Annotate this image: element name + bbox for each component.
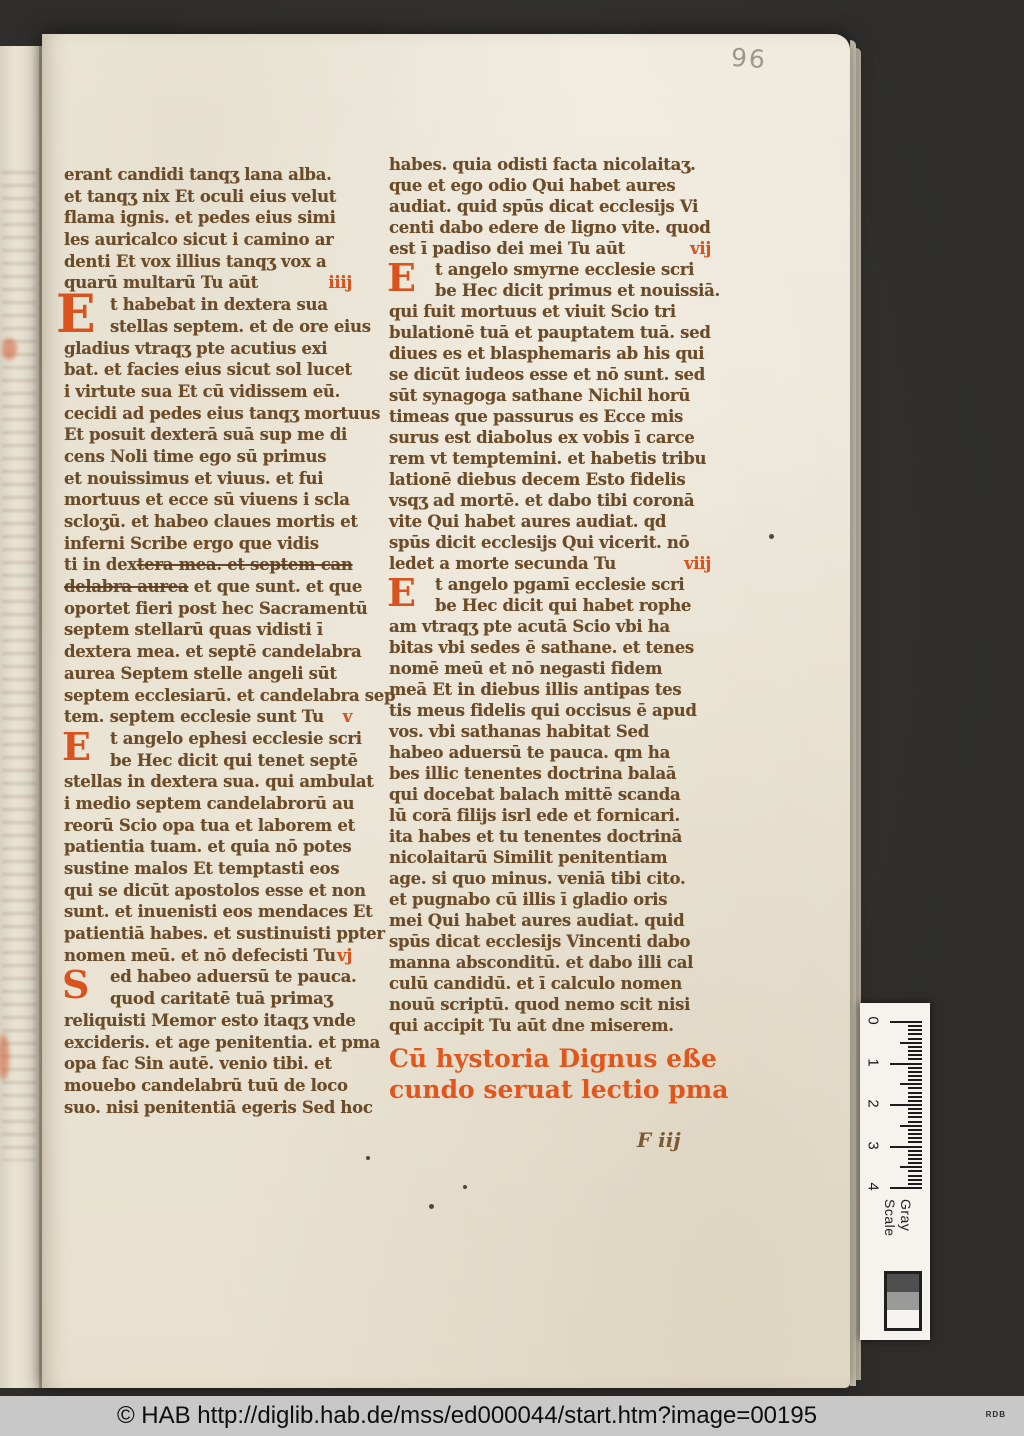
manuscript-line: quarū multarū Tu aūtiiij [64,275,356,297]
manuscript-line: mouebo candelabrū tuū de loco [64,1078,356,1100]
manuscript-line: les auricalco sicut i camino ar [64,232,356,254]
line-text: cens Noli time ego sū primus [64,447,326,466]
line-text: septem ecclesiarū. et candelabra sep [64,686,395,705]
manuscript-line: centi dabo edere de ligno vite. quod [389,220,715,241]
manuscript-line: bitas vbi sedes ē sathane. et tenes [389,640,715,661]
line-text: ita habes et tu tenentes doctrinā [389,827,682,846]
manuscript-line: am vtraqʒ pte acutā Scio vbi ha [389,619,715,640]
ruler-label: Gray Scale [882,1199,914,1271]
line-text: septem stellarū quas vidisti ī [64,620,323,639]
line-text: reliquisti Memor esto itaqʒ vnde [64,1011,356,1030]
line-text: nomen meū. et nō defecisti Tu [64,948,336,970]
copyright-text: © HAB http://diglib.hab.de/mss/ed000044/… [117,1402,817,1430]
line-text: reorū Scio opa tua et laborem et [64,816,355,835]
ruler-tick [908,1121,922,1123]
manuscript-line: be Hec dicit primus et nouissiā. [389,283,715,304]
line-text: Et posuit dexterā suā sup me di [64,425,347,444]
line-text: t angelo smyrne ecclesie scri [435,260,694,279]
ruler-tick [908,1183,922,1185]
manuscript-line: ledet a morte secunda Tuviij [389,556,715,577]
ruler-tick [900,1166,922,1168]
line-text: spūs dicat ecclesijs Vincenti dabo [389,932,690,951]
manuscript-line: bes illic tenentes doctrina balaā [389,766,715,787]
red-section-numeral: vj [337,948,352,970]
gray-scale-patches [884,1271,922,1331]
manuscript-line: qui se dicūt apostolos esse et non [64,883,356,905]
red-section-numeral: iiij [328,275,352,297]
ruler-tick [908,1033,922,1035]
manuscript-line: Et posuit dexterā suā sup me di [64,427,356,449]
manuscript-line: culū candidū. et ī calculo nomen [389,976,715,997]
ruler-tick [908,1100,922,1102]
footer-bar: © HAB http://diglib.hab.de/mss/ed000044/… [0,1396,1024,1436]
ruler-tick-label: 4 [865,1179,882,1195]
ruler-tick [908,1154,922,1156]
manuscript-line: vite Qui habet aures audiat. qd [389,514,715,535]
line-text: ti in dex [64,555,137,574]
line-text: i virtute sua Et cū vidissem eū. [64,382,340,401]
rubric-line: cundo seruat lectio pma [389,1077,715,1108]
ruler-tick [900,1042,922,1044]
line-text: suo. nisi penitentiā egeris Sed hoc [64,1098,373,1117]
line-text: sūt synagoga sathane Nichil horū [389,386,690,405]
manuscript-line: nomē meū et nō negasti fidem [389,661,715,682]
manuscript-line: et nouissimus et viuus. et fui [64,471,356,493]
line-text: les auricalco sicut i camino ar [64,230,334,249]
line-text: tis meus fidelis qui occisus ē apud [389,701,697,720]
ruler-tick [908,1079,922,1081]
manuscript-line: Et angelo pgamī ecclesie scri [389,577,715,598]
ruler-tick [908,1129,922,1131]
line-text: se dicūt iudeos esse et nō sunt. sed [389,365,705,384]
ruler-tick [908,1141,922,1143]
struck-text: delabra aurea [64,577,188,596]
manuscript-line: septem stellarū quas vidisti ī [64,622,356,644]
line-text: scloʒū. et habeo claues mortis et [64,512,358,531]
manuscript-line: septem ecclesiarū. et candelabra sep [64,688,356,710]
ruler-tick [908,1046,922,1048]
page-stack-edge [850,40,856,1386]
manuscript-line: cens Noli time ego sū primus [64,449,356,471]
line-text: surus est diabolus ex vobis ī carce [389,428,695,447]
manuscript-line: sunt. et inuenisti eos mendaces Et [64,904,356,926]
ruler-tick [908,1025,922,1027]
line-text: ed habeo aduersū te pauca. [110,967,356,986]
line-text: vos. vbi sathanas habitat Sed [389,722,649,741]
ruler-tick [908,1175,922,1177]
line-text: erant candidi tanqʒ lana alba. [64,165,332,184]
manuscript-line: be Hec dicit qui habet rophe [389,598,715,619]
line-text: bat. et facies eius sicut sol lucet [64,360,352,379]
line-text: qui fuit mortuus et viuit Scio tri [389,302,676,321]
line-text: tem. septem ecclesie sunt Tu [64,709,324,731]
ruler-tick [908,1050,922,1052]
line-text: est ī padiso dei mei Tu aūt [389,241,625,262]
scan-background: 96 erant candidi tanqʒ lana alba.et tanq… [0,0,1024,1436]
manuscript-line: patientiā habes. et sustinuisti ppter [64,926,356,948]
line-text: rem vt temptemini. et habetis tribu [389,449,706,468]
ruler-tick [890,1021,922,1023]
manuscript-line: surus est diabolus ex vobis ī carce [389,430,715,451]
line-text: patientia tuam. et quia nō potes [64,837,351,856]
manuscript-line: patientia tuam. et quia nō potes [64,839,356,861]
manuscript-line: se dicūt iudeos esse et nō sunt. sed [389,367,715,388]
quire-signature: F iij [637,1128,681,1152]
red-section-numeral: v [343,709,352,731]
manuscript-line: bulationē tuā et pauptatem tuā. sed [389,325,715,346]
manuscript-line: nicolaitarū Similit penitentiam [389,850,715,871]
ruler-tick [908,1096,922,1098]
manuscript-line: qui accipit Tu aūt dne miserem. [389,1018,715,1039]
manuscript-line: cecidi ad pedes eius tanqʒ mortuus [64,406,356,428]
manuscript-line: et pugnabo cū illis ī gladio oris [389,892,715,913]
line-text: lationē diebus decem Esto fidelis [389,470,685,489]
line-text: sunt. et inuenisti eos mendaces Et [64,902,373,921]
line-text: vsqʒ ad mortē. et dabo tibi coronā [389,491,694,510]
manuscript-line: spūs dicat ecclesijs Vincenti dabo [389,934,715,955]
manuscript-line: stellas septem. et de ore eius [64,319,356,341]
line-text: be Hec dicit qui habet rophe [435,596,691,615]
ruler-tick [890,1187,922,1189]
manuscript-line: reorū Scio opa tua et laborem et [64,818,356,840]
manuscript-line: et tanqʒ nix Et oculi eius velut [64,189,356,211]
manuscript-line: flama ignis. et pedes eius simi [64,210,356,232]
ruler-tick [900,1125,922,1127]
gray-scale-ruler: 01234 Gray Scale [860,1003,930,1340]
ruler-tick [908,1179,922,1181]
manuscript-line: suo. nisi penitentiā egeris Sed hoc [64,1100,356,1122]
ruler-tick [908,1137,922,1139]
manuscript-line: gladius vtraqʒ pte acutius exi [64,341,356,363]
manuscript-line: oportet fieri post hec Sacramentū [64,601,356,623]
manuscript-line: dextera mea. et septē candelabra [64,644,356,666]
line-text: inferni Scribe ergo que vidis [64,534,319,553]
line-text: aurea Septem stelle angeli sūt [64,664,337,683]
line-text: t angelo pgamī ecclesie scri [435,575,684,594]
gray-patch [887,1310,919,1328]
ruler-tick [890,1146,922,1148]
manuscript-line: lationē diebus decem Esto fidelis [389,472,715,493]
wormhole-speck [463,1185,467,1189]
line-text: quod caritatē tuā primaʒ [110,989,333,1008]
manuscript-line: spūs dicit ecclesijs Qui vicerit. nō [389,535,715,556]
red-ink-smudge [2,338,17,360]
ruler-tick [908,1071,922,1073]
line-text: nomē meū et nō negasti fidem [389,659,662,678]
line-text: bes illic tenentes doctrina balaā [389,764,676,783]
line-text: spūs dicit ecclesijs Qui vicerit. nō [389,533,689,552]
wormhole-speck [769,534,774,539]
manuscript-line: Et habebat in dextera sua [64,297,356,319]
gray-patch [887,1292,919,1310]
wormhole-speck [429,1204,434,1209]
ruler-tick [890,1063,922,1065]
line-text: culū candidū. et ī calculo nomen [389,974,682,993]
red-section-numeral: viij [684,556,711,577]
line-text: et pugnabo cū illis ī gladio oris [389,890,667,909]
line-text: ti in dextera mea. et septem can [64,555,353,574]
ruler-tick [908,1133,922,1135]
ruler-tick [908,1092,922,1094]
wormhole-speck [366,1156,370,1160]
manuscript-line: reliquisti Memor esto itaqʒ vnde [64,1013,356,1035]
line-text: oportet fieri post hec Sacramentū [64,599,368,618]
line-text: nicolaitarū Similit penitentiam [389,848,667,867]
ruler-tick-label: 2 [865,1096,882,1112]
ruler-tick [908,1162,922,1164]
manuscript-line: sustine malos Et temptasti eos [64,861,356,883]
line-text: age. si quo minus. veniā tibi cito. [389,869,685,888]
manuscript-line: aurea Septem stelle angeli sūt [64,666,356,688]
manuscript-line: nouū scriptū. quod nemo scit nisi [389,997,715,1018]
line-text: habeo aduersū te pauca. qm ha [389,743,670,762]
ruler-tick [908,1054,922,1056]
line-text: et tanqʒ nix Et oculi eius velut [64,187,336,206]
line-text: qui docebat balach mittē scanda [389,785,680,804]
ruler-tick [908,1158,922,1160]
ruler-tick [908,1058,922,1060]
line-text: stellas septem. et de ore eius [110,317,371,336]
manuscript-line: delabra aurea et que sunt. et que [64,579,356,601]
struck-text: tera mea. et septem can [137,555,353,574]
manuscript-line: tem. septem ecclesie sunt Tuv [64,709,356,731]
ruler-tick [908,1087,922,1089]
line-text: et nouissimus et viuus. et fui [64,469,323,488]
ruler-tick [908,1075,922,1077]
manuscript-line: ita habes et tu tenentes doctrinā [389,829,715,850]
gray-patch [887,1274,919,1292]
line-text: dextera mea. et septē candelabra [64,642,361,661]
manuscript-line: meā Et in diebus illis antipas tes [389,682,715,703]
manuscript-line: sūt synagoga sathane Nichil horū [389,388,715,409]
manuscript-line: bat. et facies eius sicut sol lucet [64,362,356,384]
line-text: ledet a morte secunda Tu [389,556,616,577]
ruler-tick [908,1108,922,1110]
line-text: qui se dicūt apostolos esse et non [64,881,366,900]
manuscript-line: qui fuit mortuus et viuit Scio tri [389,304,715,325]
manuscript-line: Et angelo ephesi ecclesie scri [64,731,356,753]
manuscript-line: Et angelo smyrne ecclesie scri [389,262,715,283]
line-text: gladius vtraqʒ pte acutius exi [64,339,327,358]
manuscript-line: diues es et blasphemaris ab his qui [389,346,715,367]
showthrough-text [2,171,36,1161]
ruler-tick [908,1029,922,1031]
ruler-tick [890,1104,922,1106]
text-column-left: erant candidi tanqʒ lana alba.et tanqʒ n… [64,167,356,1121]
line-text: stellas in dextera sua. qui ambulat [64,772,374,791]
manuscript-line: Sed habeo aduersū te pauca. [64,969,356,991]
line-text: mortuus et ecce sū viuens i scla [64,490,350,509]
ruler-tick [908,1170,922,1172]
line-text: vite Qui habet aures audiat. qd [389,512,666,531]
manuscript-line: rem vt temptemini. et habetis tribu [389,451,715,472]
manuscript-line: be Hec dicit qui tenet septē [64,753,356,775]
line-text: diues es et blasphemaris ab his qui [389,344,704,363]
manuscript-line: stellas in dextera sua. qui ambulat [64,774,356,796]
line-text: sustine malos Et temptasti eos [64,859,339,878]
manuscript-line: vos. vbi sathanas habitat Sed [389,724,715,745]
manuscript-line: mei Qui habet aures audiat. quid [389,913,715,934]
line-text: habes. quia odisti facta nicolaitaʒ. [389,155,696,174]
line-text: flama ignis. et pedes eius simi [64,208,336,227]
line-text: lū corā filijs isrl ede et fornicari. [389,806,680,825]
ruler-tick [908,1038,922,1040]
manuscript-line: scloʒū. et habeo claues mortis et [64,514,356,536]
manuscript-line: manna absconditū. et dabo illi cal [389,955,715,976]
manuscript-line: opa fac Sin autē. venio tibi. et [64,1056,356,1078]
manuscript-line: que et ego odio Qui habet aures [389,178,715,199]
manuscript-line: i medio septem candelabrorū au [64,796,356,818]
ruler-tick [908,1150,922,1152]
ruler-tick-label: 1 [865,1054,882,1070]
line-text: et que sunt. et que [188,577,362,596]
ruler-tick-label: 0 [865,1013,882,1029]
rdb-logo: RDB [986,1410,1006,1419]
text-column-right: habes. quia odisti facta nicolaitaʒ.que … [389,157,715,1108]
rubric-line: Cū hystoria Dignus eße [389,1046,715,1077]
folio-number: 96 [730,43,768,74]
ruler-tick-label: 3 [865,1137,882,1153]
ruler-tick [908,1067,922,1069]
manuscript-line: tis meus fidelis qui occisus ē apud [389,703,715,724]
ruler-tick [900,1083,922,1085]
ruler-tick [908,1112,922,1114]
manuscript-line: i virtute sua Et cū vidissem eū. [64,384,356,406]
line-text: timeas que passurus es Ecce mis [389,407,683,426]
manuscript-line: excideris. et age penitentia. et pma [64,1035,356,1057]
line-text: patientiā habes. et sustinuisti ppter [64,924,385,943]
manuscript-line: audiat. quid spūs dicat ecclesijs Vi [389,199,715,220]
line-text: excideris. et age penitentia. et pma [64,1033,380,1052]
line-text: am vtraqʒ pte acutā Scio vbi ha [389,617,670,636]
manuscript-line: habeo aduersū te pauca. qm ha [389,745,715,766]
manuscript-line: age. si quo minus. veniā tibi cito. [389,871,715,892]
manuscript-line: inferni Scribe ergo que vidis [64,536,356,558]
line-text: centi dabo edere de ligno vite. quod [389,218,711,237]
red-section-numeral: vij [690,241,711,262]
line-text: Cū hystoria Dignus eße [389,1044,717,1073]
line-text: meā Et in diebus illis antipas tes [389,680,681,699]
line-text: i medio septem candelabrorū au [64,794,354,813]
line-text: qui accipit Tu aūt dne miserem. [389,1016,674,1035]
line-text: cundo seruat lectio pma [389,1075,728,1104]
manuscript-line: nomen meū. et nō defecisti Tuvj [64,948,356,970]
line-text: mouebo candelabrū tuū de loco [64,1076,348,1095]
manuscript-line: timeas que passurus es Ecce mis [389,409,715,430]
manuscript-line: habes. quia odisti facta nicolaitaʒ. [389,157,715,178]
line-text: audiat. quid spūs dicat ecclesijs Vi [389,197,698,216]
manuscript-line: lū corā filijs isrl ede et fornicari. [389,808,715,829]
manuscript-line: vsqʒ ad mortē. et dabo tibi coronā [389,493,715,514]
adjacent-page-edge [0,46,42,1388]
line-text: nouū scriptū. quod nemo scit nisi [389,995,690,1014]
line-text: opa fac Sin autē. venio tibi. et [64,1054,332,1073]
manuscript-line: est ī padiso dei mei Tu aūtvij [389,241,715,262]
line-text: manna absconditū. et dabo illi cal [389,953,693,972]
line-text: mei Qui habet aures audiat. quid [389,911,684,930]
manuscript-line: quod caritatē tuā primaʒ [64,991,356,1013]
manuscript-line: erant candidi tanqʒ lana alba. [64,167,356,189]
line-text: delabra aurea et que sunt. et que [64,577,362,596]
ruler-tick [908,1116,922,1118]
line-text: cecidi ad pedes eius tanqʒ mortuus [64,404,380,423]
line-text: be Hec dicit primus et nouissiā. [435,281,720,300]
line-text: que et ego odio Qui habet aures [389,176,675,195]
line-text: denti Et vox illius tanqʒ vox a [64,252,326,271]
manuscript-line: ti in dextera mea. et septem can [64,557,356,579]
manuscript-line: qui docebat balach mittē scanda [389,787,715,808]
line-text: bitas vbi sedes ē sathane. et tenes [389,638,694,657]
line-text: t habebat in dextera sua [110,295,328,314]
line-text: t angelo ephesi ecclesie scri [110,729,362,748]
line-text: be Hec dicit qui tenet septē [110,751,358,770]
line-text: bulationē tuā et pauptatem tuā. sed [389,323,711,342]
manuscript-line: denti Et vox illius tanqʒ vox a [64,254,356,276]
manuscript-line: mortuus et ecce sū viuens i scla [64,492,356,514]
